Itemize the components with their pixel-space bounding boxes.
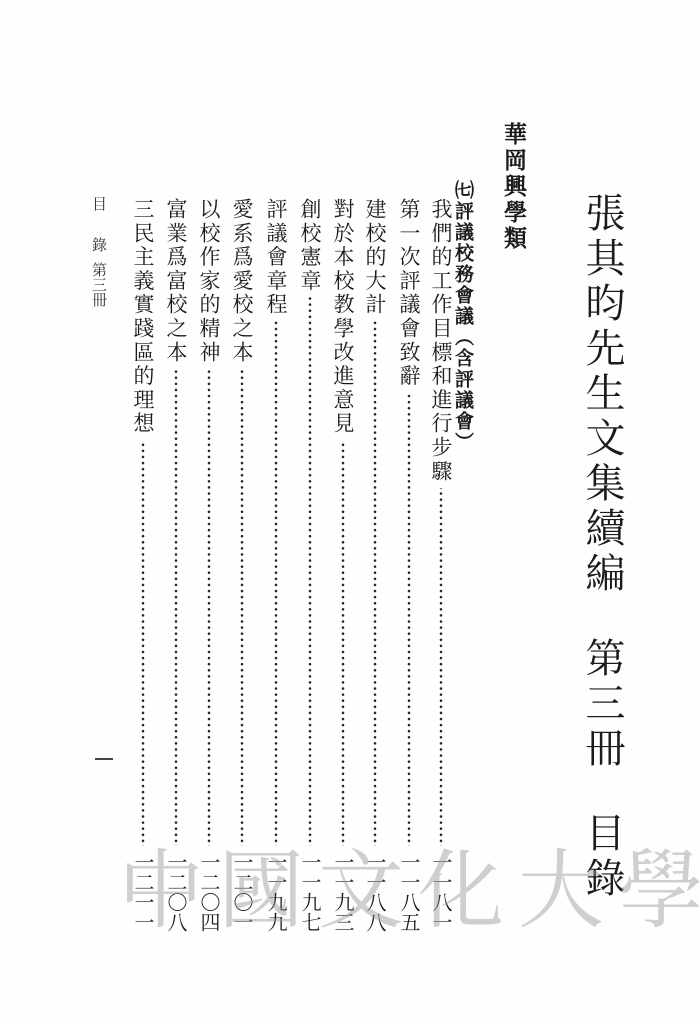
footer-volume: 第三冊: [90, 262, 108, 307]
entry-page-number: 一一九九: [263, 852, 289, 932]
document-title: 張其昀先生文集續編第三冊目錄: [580, 192, 624, 902]
subsection-heading: ㈦評議校務會議（含評議會）: [452, 180, 474, 453]
entry-page-number: 一一九七: [297, 852, 323, 932]
title-volume: 第三冊: [579, 637, 625, 772]
entry-page-number: 一一八八: [362, 852, 388, 932]
toc-entry[interactable]: 愛系爲愛校之本: [229, 198, 255, 848]
entry-title: 評議會章程: [263, 198, 289, 321]
entry-page-number: 一一八五: [396, 852, 422, 932]
folio-number: 一: [92, 740, 93, 741]
footer-label-1: 目: [90, 196, 108, 211]
entry-page-number: 一一九三: [330, 852, 356, 932]
entry-page-number: 一一八一: [428, 852, 454, 932]
entry-page-number: 一二〇四: [196, 852, 222, 932]
toc-entry[interactable]: 三民主義實踐區的理想: [130, 198, 156, 848]
toc-entry[interactable]: 評議會章程: [263, 198, 289, 848]
entry-title: 我們的工作目標和進行步驟: [428, 198, 454, 488]
toc-entry[interactable]: 建校的大計: [362, 198, 388, 848]
entry-title: 以校作家的精神: [196, 198, 222, 369]
toc-entry[interactable]: 對於本校教學改進意見: [330, 198, 356, 848]
footer-label-2: 錄: [90, 237, 108, 252]
entry-title: 創校憲章: [297, 198, 323, 297]
document-page: 張其昀先生文集續編第三冊目錄 華岡興學類 ㈦評議校務會議（含評議會） 我們的工作…: [0, 0, 699, 1024]
entry-page-number: 一二〇一: [229, 852, 255, 932]
toc-entry[interactable]: 我們的工作目標和進行步驟: [428, 198, 454, 848]
toc-entry[interactable]: 以校作家的精神: [196, 198, 222, 848]
entry-title: 第一次評議會致辭: [396, 198, 422, 392]
title-main: 張其昀先生文集續編: [579, 192, 625, 597]
toc-entry[interactable]: 創校憲章: [297, 198, 323, 848]
entry-title: 富業爲富校之本: [163, 198, 189, 369]
category-heading: 華岡興學類: [500, 122, 526, 252]
entry-title: 對於本校教學改進意見: [330, 198, 356, 440]
running-footer: 目錄第三冊: [90, 196, 108, 307]
toc-entry[interactable]: 富業爲富校之本: [163, 198, 189, 848]
entry-page-number: 一二一一: [130, 852, 156, 932]
toc-entry[interactable]: 第一次評議會致辭: [396, 198, 422, 848]
entry-title: 愛系爲愛校之本: [229, 198, 255, 369]
entry-title: 建校的大計: [362, 198, 388, 321]
title-toc: 目錄: [579, 812, 625, 902]
folio-mark: [95, 758, 113, 760]
entry-page-number: 一二〇八: [163, 852, 189, 932]
entry-title: 三民主義實踐區的理想: [130, 198, 156, 440]
